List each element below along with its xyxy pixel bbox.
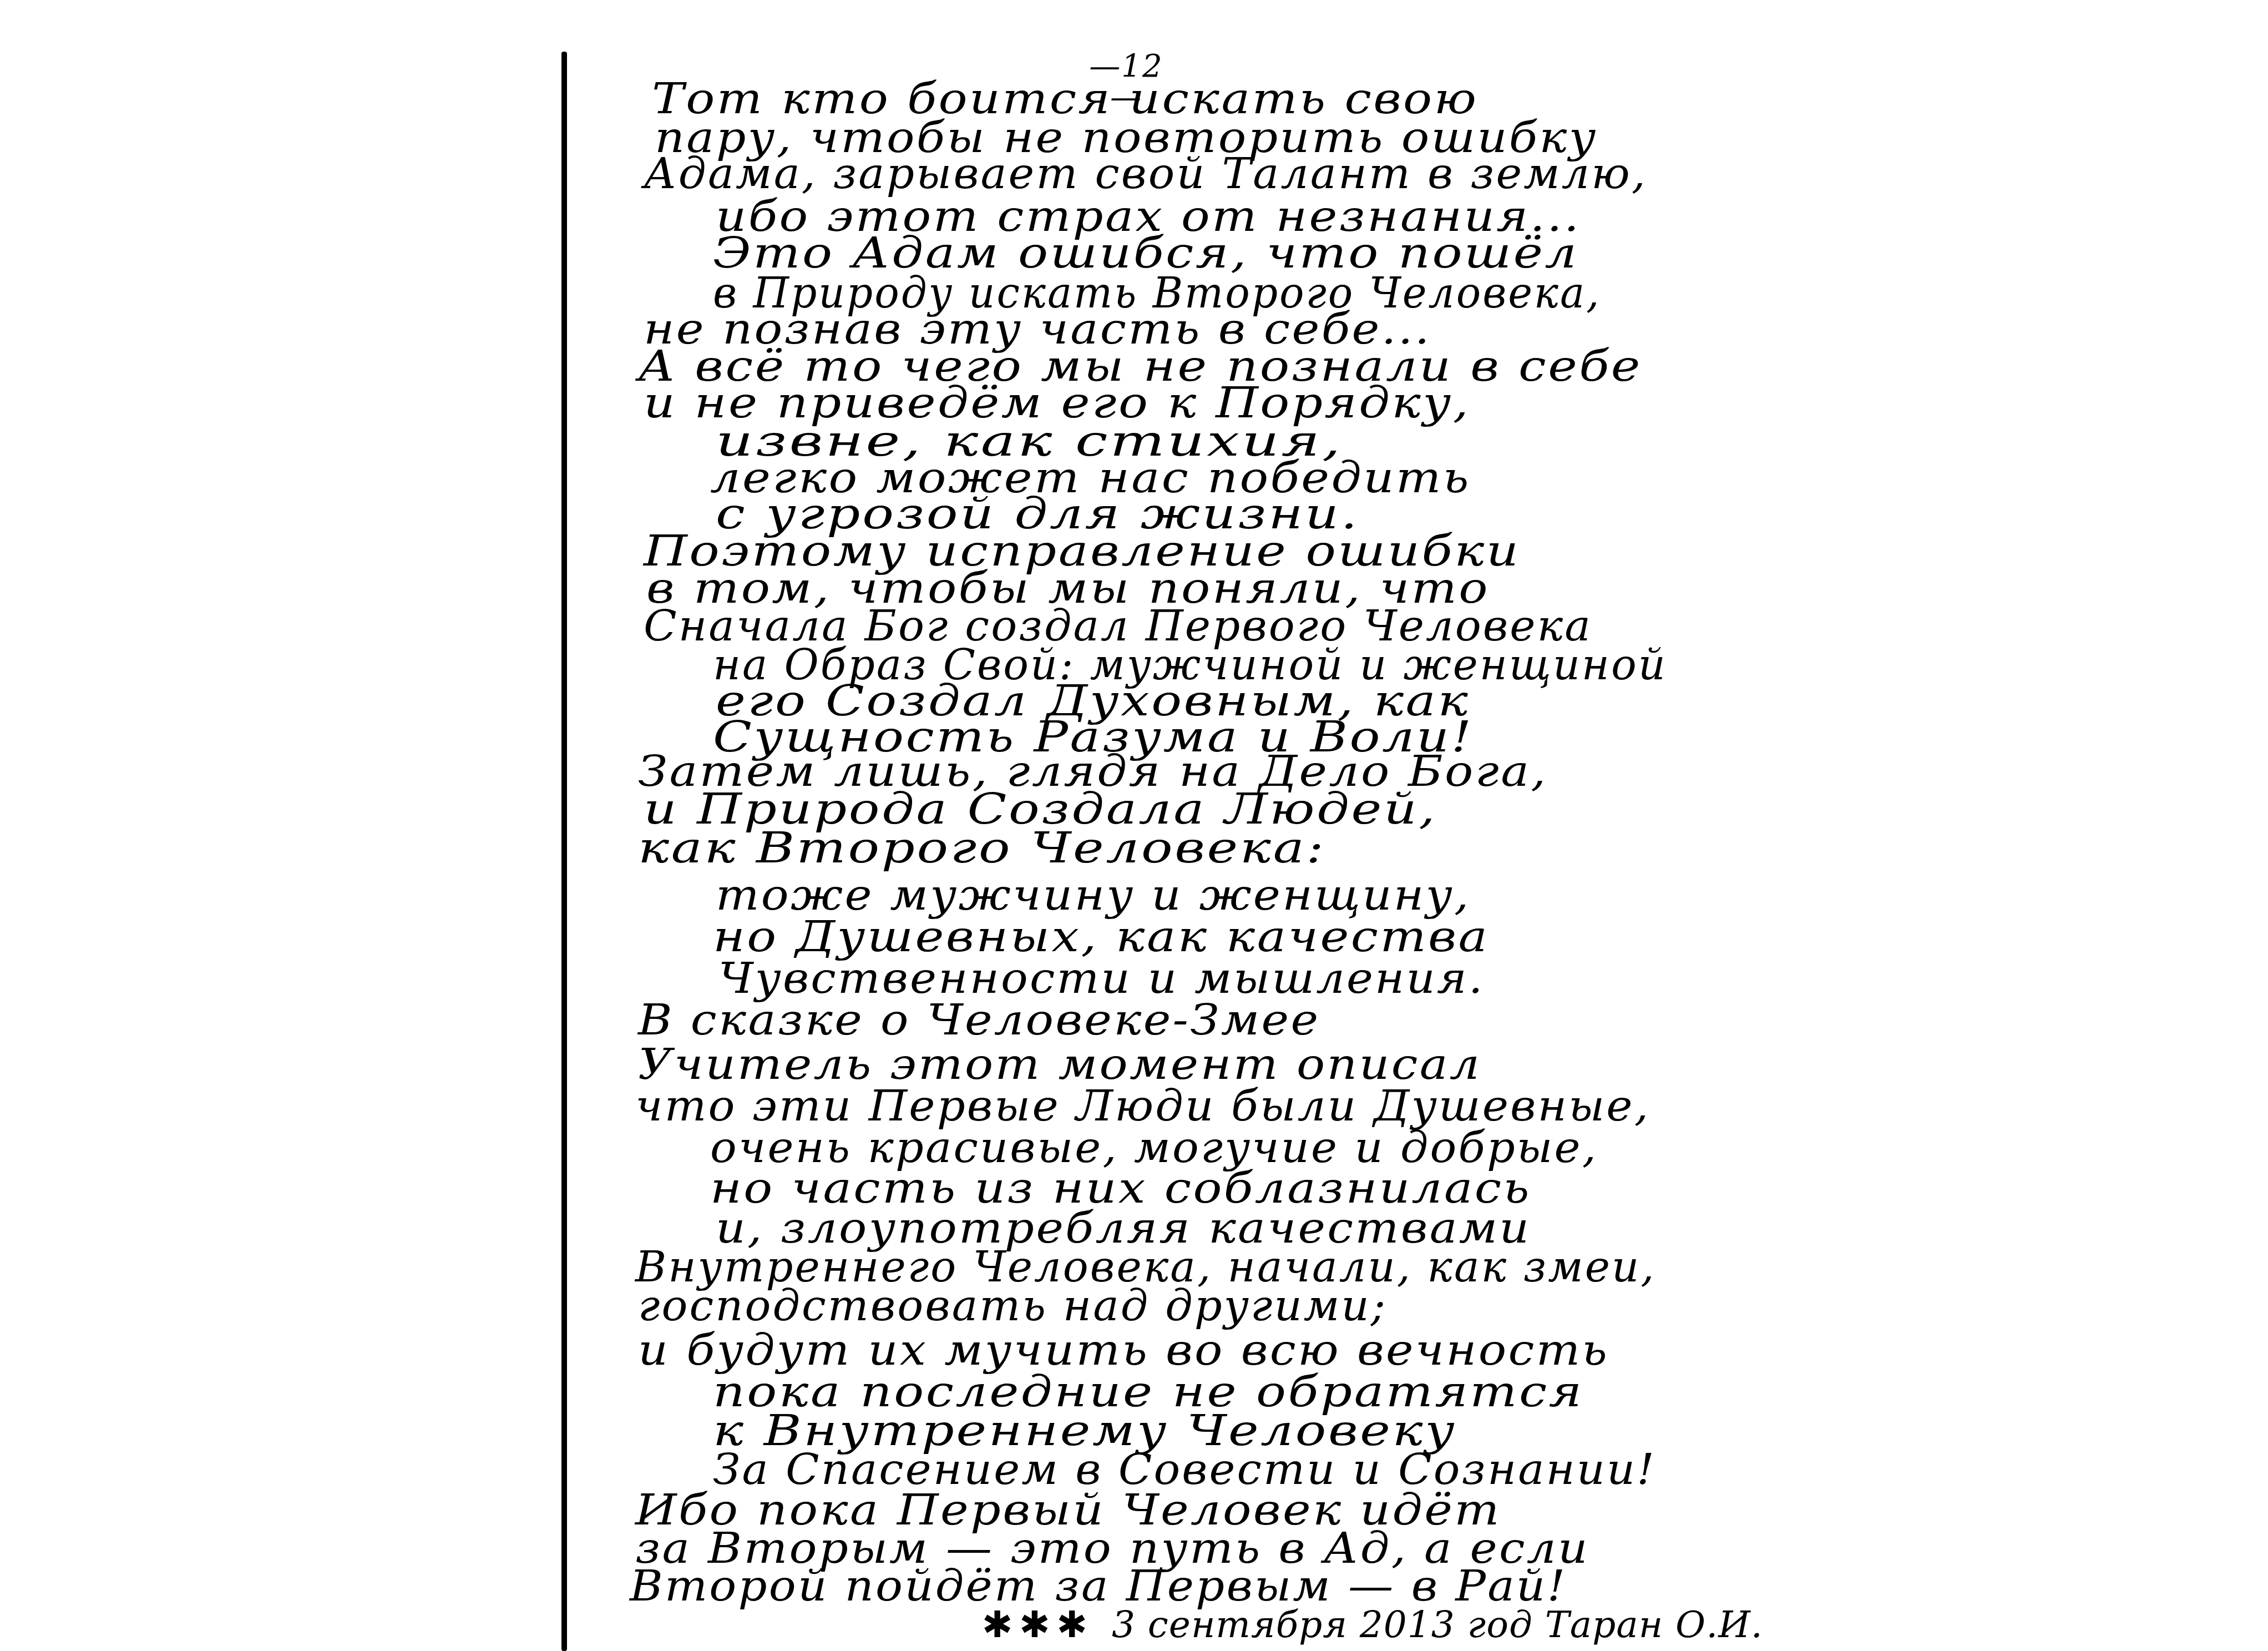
- text-line: Чувственности и мышления.: [718, 957, 1485, 999]
- text-line: как Второго Человека:: [638, 827, 1326, 869]
- text-line: господствовать над другими;: [638, 1285, 1387, 1327]
- signature-date-author: 3 сентября 2013 год Таран О.И.: [1112, 1603, 1763, 1646]
- text-line: Учитель этот момент описал: [638, 1043, 1481, 1085]
- text-line: очень красивые, могучие и добрые,: [710, 1127, 1598, 1169]
- text-line: За Спасением в Совести и Сознании!: [713, 1448, 1656, 1491]
- asterisk-icon: ✱✱✱: [982, 1603, 1094, 1646]
- text-line: Адама, зарывает свой Талант в землю,: [644, 153, 1647, 195]
- signature-line: ✱✱✱ 3 сентября 2013 год Таран О.И.: [982, 1607, 1763, 1643]
- text-line: что эти Первые Люди были Душевные,: [635, 1085, 1650, 1127]
- text-line: но Душевных, как качества: [713, 916, 1489, 958]
- text-line: тоже мужчину и женщину,: [716, 874, 1471, 916]
- handwritten-page: —12— Тот кто боится искать свою пару, чт…: [0, 0, 2268, 1651]
- text-line: Второй пойдёт за Первым — в Рай!: [630, 1565, 1567, 1607]
- text-line: В сказке о Человеке-Змее: [638, 999, 1320, 1041]
- text-line: и будут их мучить во всю вечность: [638, 1329, 1609, 1371]
- left-margin-rule: [561, 52, 567, 1651]
